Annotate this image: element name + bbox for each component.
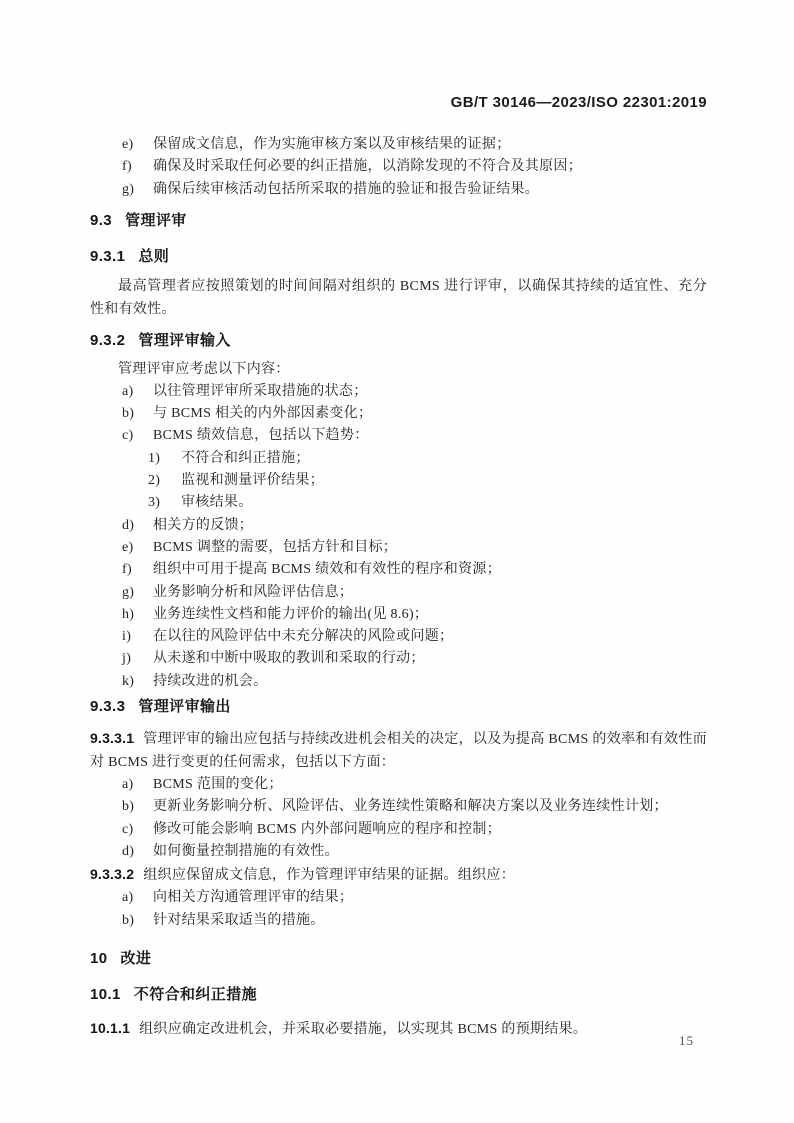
list-item-label: a) bbox=[122, 381, 133, 403]
list-item-label: b) bbox=[122, 796, 134, 818]
standard-code-header: GB/T 30146—2023/ISO 22301:2019 bbox=[90, 93, 707, 113]
list-item-text: BCMS 范围的变化； bbox=[153, 777, 283, 792]
list-item-text: 更新业务影响分析、风险评估、业务连续性策略和解决方案以及业务连续性计划； bbox=[153, 799, 668, 814]
list-item: c)BCMS 绩效信息，包括以下趋势： bbox=[90, 425, 707, 447]
list-item-text: 针对结果采取适当的措施。 bbox=[153, 913, 325, 928]
list-item-text: 组织中可用于提高 BCMS 绩效和有效性的程序和资源； bbox=[153, 562, 501, 577]
nested-list-item: 2)监视和测量评价结果； bbox=[90, 470, 707, 492]
list-item-text: 以往管理评审所采取措施的状态； bbox=[153, 384, 368, 399]
list-item-label: e) bbox=[122, 134, 133, 156]
list-item-text: 监视和测量评价结果； bbox=[181, 473, 324, 488]
list-item-text: 业务影响分析和风险评估信息； bbox=[153, 585, 353, 600]
list-item: b)更新业务影响分析、风险评估、业务连续性策略和解决方案以及业务连续性计划； bbox=[90, 796, 707, 818]
clause-text: 组织应保留成文信息，作为管理评审结果的证据。组织应： bbox=[143, 868, 515, 883]
section-title: 管理评审 bbox=[125, 212, 187, 229]
list-item-text: BCMS 绩效信息，包括以下趋势： bbox=[153, 428, 369, 443]
paragraph-10-1-1: 10.1.1组织应确定改进机会，并采取必要措施，以实现其 BCMS 的预期结果。 bbox=[90, 1017, 707, 1041]
paragraph-9-3-2-intro: 管理评审应考虑以下内容： bbox=[90, 358, 707, 381]
list-item-label: 2) bbox=[148, 470, 160, 492]
list-item: j)从未遂和中断中吸取的教训和采取的行动； bbox=[90, 648, 707, 670]
chapter-heading-10: 10改进 bbox=[90, 947, 707, 970]
page-number: 15 bbox=[679, 1033, 694, 1049]
list-item: a)以往管理评审所采取措施的状态； bbox=[90, 381, 707, 403]
section-number: 9.3.2 bbox=[90, 332, 125, 349]
list-item-label: c) bbox=[122, 819, 133, 841]
list-item: b)针对结果采取适当的措施。 bbox=[90, 910, 707, 932]
section-heading-9-3-2: 9.3.2管理评审输入 bbox=[90, 329, 707, 352]
list-item: d)相关方的反馈； bbox=[90, 515, 707, 537]
list-item-text: 持续改进的机会。 bbox=[153, 674, 267, 689]
section-heading-10-1: 10.1不符合和纠正措施 bbox=[90, 983, 707, 1006]
section-number: 9.3.3 bbox=[90, 698, 125, 715]
section-title: 管理评审输入 bbox=[138, 332, 230, 349]
list-item-label: k) bbox=[122, 671, 134, 693]
list-item-label: d) bbox=[122, 515, 134, 537]
paragraph-9-3-1: 最高管理者应按照策划的时间间隔对组织的 BCMS 进行评审，以确保其持续的适宜性… bbox=[90, 275, 707, 321]
list-item: g)业务影响分析和风险评估信息； bbox=[90, 582, 707, 604]
list-item-label: h) bbox=[122, 604, 134, 626]
document-page: GB/T 30146—2023/ISO 22301:2019 e)保留成文信息，… bbox=[0, 0, 794, 1123]
list-item-label: f) bbox=[122, 156, 132, 178]
list-item: e)BCMS 调整的需要，包括方针和目标； bbox=[90, 537, 707, 559]
list-item: f)组织中可用于提高 BCMS 绩效和有效性的程序和资源； bbox=[90, 559, 707, 581]
list-item-label: c) bbox=[122, 425, 133, 447]
clause-number: 9.3.3.2 bbox=[90, 866, 134, 882]
list-item: a)BCMS 范围的变化； bbox=[90, 774, 707, 796]
review-output-list: a)BCMS 范围的变化； b)更新业务影响分析、风险评估、业务连续性策略和解决… bbox=[90, 774, 707, 863]
paragraph-9-3-3-1: 9.3.3.1管理评审的输出应包括与持续改进机会相关的决定，以及为提高 BCMS… bbox=[90, 727, 707, 774]
list-item: k)持续改进的机会。 bbox=[90, 671, 707, 693]
section-number: 10.1 bbox=[90, 986, 121, 1003]
audit-clause-list: e)保留成文信息，作为实施审核方案以及审核结果的证据； f)确保及时采取任何必要… bbox=[90, 134, 707, 201]
list-item: i)在以往的风险评估中未充分解决的风险或问题； bbox=[90, 626, 707, 648]
list-item-text: 业务连续性文档和能力评价的输出(见 8.6)； bbox=[153, 607, 428, 622]
section-heading-9-3: 9.3管理评审 bbox=[90, 209, 707, 232]
list-item-label: 3) bbox=[148, 492, 160, 514]
list-item-text: 保留成文信息，作为实施审核方案以及审核结果的证据； bbox=[153, 137, 511, 152]
review-input-list: a)以往管理评审所采取措施的状态； b)与 BCMS 相关的内外部因素变化； c… bbox=[90, 381, 707, 693]
list-item-label: e) bbox=[122, 537, 133, 559]
page-content: GB/T 30146—2023/ISO 22301:2019 e)保留成文信息，… bbox=[90, 0, 707, 1041]
list-item-label: f) bbox=[122, 559, 132, 581]
section-number: 9.3 bbox=[90, 212, 112, 229]
list-item: f)确保及时采取任何必要的纠正措施，以消除发现的不符合及其原因； bbox=[90, 156, 707, 178]
list-item-text: 在以往的风险评估中未充分解决的风险或问题； bbox=[153, 629, 453, 644]
list-item-label: d) bbox=[122, 841, 134, 863]
documented-info-list: a)向相关方沟通管理评审的结果； b)针对结果采取适当的措施。 bbox=[90, 887, 707, 932]
list-item: e)保留成文信息，作为实施审核方案以及审核结果的证据； bbox=[90, 134, 707, 156]
list-item-label: a) bbox=[122, 774, 133, 796]
list-item: g)确保后续审核活动包括所采取的措施的验证和报告验证结果。 bbox=[90, 179, 707, 201]
paragraph-9-3-3-2: 9.3.3.2组织应保留成文信息，作为管理评审结果的证据。组织应： bbox=[90, 863, 707, 887]
list-item-label: j) bbox=[122, 648, 131, 670]
list-item: c)修改可能会影响 BCMS 内外部问题响应的程序和控制； bbox=[90, 819, 707, 841]
list-item-text: 审核结果。 bbox=[181, 495, 253, 510]
section-heading-9-3-1: 9.3.1总则 bbox=[90, 245, 707, 268]
list-item-label: b) bbox=[122, 910, 134, 932]
list-item-label: b) bbox=[122, 403, 134, 425]
list-item-label: g) bbox=[122, 179, 134, 201]
clause-text: 管理评审的输出应包括与持续改进机会相关的决定，以及为提高 BCMS 的效率和有效… bbox=[90, 732, 707, 770]
list-item-text: 确保后续审核活动包括所采取的措施的验证和报告验证结果。 bbox=[153, 182, 539, 197]
list-item-text: 如何衡量控制措施的有效性。 bbox=[153, 844, 339, 859]
list-item-text: 向相关方沟通管理评审的结果； bbox=[153, 890, 353, 905]
section-number: 10 bbox=[90, 950, 108, 967]
list-item-text: 不符合和纠正措施； bbox=[181, 451, 310, 466]
section-title: 总则 bbox=[138, 248, 169, 265]
section-heading-9-3-3: 9.3.3管理评审输出 bbox=[90, 695, 707, 718]
list-item: a)向相关方沟通管理评审的结果； bbox=[90, 887, 707, 909]
list-item-label: a) bbox=[122, 887, 133, 909]
list-item-label: i) bbox=[122, 626, 131, 648]
nested-list-item: 3)审核结果。 bbox=[90, 492, 707, 514]
clause-text: 组织应确定改进机会，并采取必要措施，以实现其 BCMS 的预期结果。 bbox=[139, 1022, 587, 1037]
list-item-text: 相关方的反馈； bbox=[153, 518, 253, 533]
clause-number: 9.3.3.1 bbox=[90, 730, 134, 746]
list-item: d)如何衡量控制措施的有效性。 bbox=[90, 841, 707, 863]
list-item-text: 修改可能会影响 BCMS 内外部问题响应的程序和控制； bbox=[153, 822, 501, 837]
section-title: 改进 bbox=[121, 950, 152, 967]
list-item-label: g) bbox=[122, 582, 134, 604]
list-item: b)与 BCMS 相关的内外部因素变化； bbox=[90, 403, 707, 425]
section-title: 不符合和纠正措施 bbox=[134, 986, 257, 1003]
list-item: h)业务连续性文档和能力评价的输出(见 8.6)； bbox=[90, 604, 707, 626]
list-item-text: 确保及时采取任何必要的纠正措施，以消除发现的不符合及其原因； bbox=[153, 159, 582, 174]
list-item-text: 与 BCMS 相关的内外部因素变化； bbox=[153, 406, 372, 421]
list-item-label: 1) bbox=[148, 448, 160, 470]
nested-list-item: 1)不符合和纠正措施； bbox=[90, 448, 707, 470]
section-number: 9.3.1 bbox=[90, 248, 125, 265]
section-title: 管理评审输出 bbox=[138, 698, 230, 715]
clause-number: 10.1.1 bbox=[90, 1020, 130, 1036]
list-item-text: BCMS 调整的需要，包括方针和目标； bbox=[153, 540, 397, 555]
list-item-text: 从未遂和中断中吸取的教训和采取的行动； bbox=[153, 651, 425, 666]
